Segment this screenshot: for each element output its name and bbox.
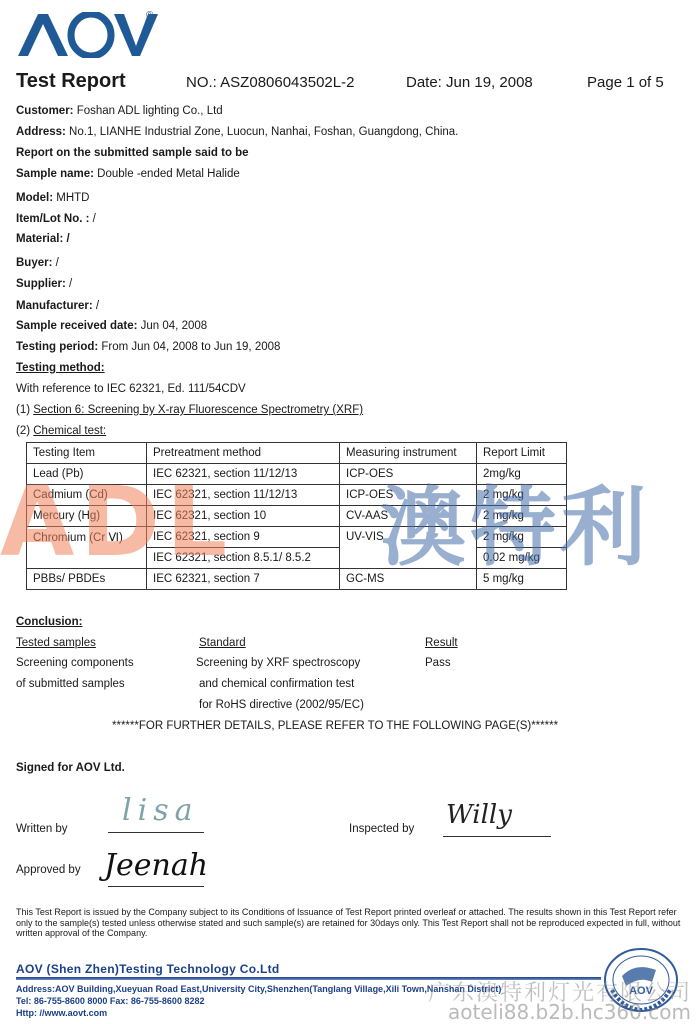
header-cell: Report Limit — [477, 443, 567, 464]
header-cell: Measuring instrument — [340, 443, 477, 464]
table-header-row: Testing Item Pretreatment method Measuri… — [27, 443, 567, 464]
cell: Mercury (Hg) — [27, 506, 147, 527]
result-value: Pass — [425, 657, 451, 669]
report-title: Test Report — [16, 70, 126, 93]
testing-method-heading: Testing method: — [16, 362, 105, 374]
table-row: Lead (Pb) IEC 62321, section 11/12/13 IC… — [27, 464, 567, 485]
sample-name-field: Sample name: Double -ended Metal Halide — [16, 168, 240, 180]
footer-website[interactable]: Http: //www.aovt.com — [16, 1008, 107, 1018]
cell: IEC 62321, section 8.5.1/ 8.5.2 — [147, 548, 340, 569]
cell: IEC 62321, section 9 — [147, 527, 340, 548]
standard-line-1: Screening by XRF spectroscopy — [196, 657, 360, 669]
disclaimer-text: This Test Report is issued by the Compan… — [16, 907, 681, 939]
registered-mark: ® — [146, 10, 153, 21]
cell: ICP-OES — [340, 464, 477, 485]
footer-tel-fax: Tel: 86-755-8600 8000 Fax: 86-755-8600 8… — [16, 996, 204, 1006]
cell: Chromium (Cr Ⅵ) — [27, 527, 147, 548]
written-by-label: Written by — [16, 823, 68, 835]
conclusion-heading: Conclusion: — [16, 616, 82, 628]
page-indicator: Page 1 of 5 — [587, 74, 664, 91]
testing-period-field: Testing period: From Jun 04, 2008 to Jun… — [16, 341, 280, 353]
approved-by-line — [108, 886, 204, 887]
cell: ICP-OES — [340, 485, 477, 506]
method-reference: With reference to IEC 62321, Ed. 111/54C… — [16, 383, 246, 395]
cell: CV-AAS — [340, 506, 477, 527]
received-date-field: Sample received date: Jun 04, 2008 — [16, 320, 207, 332]
cell: GC-MS — [340, 569, 477, 590]
item-lot-field: Item/Lot No. : / — [16, 213, 96, 225]
supplier-field: Supplier: / — [16, 278, 72, 290]
report-number: NO.: ASZ0806043502L-2 — [186, 74, 354, 91]
bottom-url-watermark: aoteli88.b2b.hc360.com — [448, 1000, 691, 1024]
cell: IEC 62321, section 10 — [147, 506, 340, 527]
standard-line-2: and chemical confirmation test — [199, 678, 354, 690]
method-item-2: (2) Chemical test: — [16, 425, 106, 437]
cell: UV-VIS — [340, 527, 477, 548]
signed-for: Signed for AOV Ltd. — [16, 762, 125, 774]
inspected-by-line — [443, 836, 551, 837]
header-cell: Testing Item — [27, 443, 147, 464]
col-result: Result — [425, 637, 458, 649]
inspected-by-label: Inspected by — [349, 823, 414, 835]
standard-line-3: for RoHS directive (2002/95/EC) — [199, 699, 364, 711]
table-row: Chromium (Cr Ⅵ) IEC 62321, section 9 UV-… — [27, 527, 567, 548]
cell: 2 mg/kg — [477, 527, 567, 548]
table-row: Cadmium (Cd) IEC 62321, section 11/12/13… — [27, 485, 567, 506]
results-table: Testing Item Pretreatment method Measuri… — [26, 442, 567, 590]
cell: IEC 62321, section 7 — [147, 569, 340, 590]
approved-by-signature: Jeenah — [104, 848, 208, 883]
manufacturer-field: Manufacturer: / — [16, 300, 99, 312]
table-row: IEC 62321, section 8.5.1/ 8.5.2 0.02 mg/… — [27, 548, 567, 569]
cell: 2 mg/kg — [477, 506, 567, 527]
model-field: Model: MHTD — [16, 192, 89, 204]
cell — [340, 548, 477, 569]
cell: 2 mg/kg — [477, 485, 567, 506]
customer-field: Customer: Foshan ADL lighting Co., Ltd — [16, 105, 223, 117]
written-by-line — [108, 832, 204, 833]
cell: Lead (Pb) — [27, 464, 147, 485]
cell: IEC 62321, section 11/12/13 — [147, 485, 340, 506]
col-standard: Standard — [199, 637, 246, 649]
cell: IEC 62321, section 11/12/13 — [147, 464, 340, 485]
tested-samples-line-2: of submitted samples — [16, 678, 125, 690]
cell: Cadmium (Cd) — [27, 485, 147, 506]
header-cell: Pretreatment method — [147, 443, 340, 464]
cell: 0.02 mg/kg — [477, 548, 567, 569]
approved-by-label: Approved by — [16, 864, 81, 876]
footer-company: AOV (Shen Zhen)Testing Technology Co.Ltd — [16, 962, 280, 976]
cell: 2mg/kg — [477, 464, 567, 485]
address-field: Address: No.1, LIANHE Industrial Zone, L… — [16, 126, 458, 138]
tested-samples-line-1: Screening components — [16, 657, 134, 669]
cell — [27, 548, 147, 569]
col-tested-samples: Tested samples — [16, 637, 96, 649]
method-item-1: (1) Section 6: Screening by X-ray Fluore… — [16, 404, 363, 416]
table-row: Mercury (Hg) IEC 62321, section 10 CV-AA… — [27, 506, 567, 527]
report-date: Date: Jun 19, 2008 — [406, 74, 533, 91]
aov-logo — [18, 12, 158, 58]
written-by-signature: lisa — [122, 793, 198, 828]
table-row: PBBs/ PBDEs IEC 62321, section 7 GC-MS 5… — [27, 569, 567, 590]
material-field: Material: / — [16, 233, 70, 245]
report-on-heading: Report on the submitted sample said to b… — [16, 147, 249, 159]
buyer-field: Buyer: / — [16, 257, 59, 269]
inspected-by-signature: Willy — [446, 800, 512, 830]
further-details-note: ******FOR FURTHER DETAILS, PLEASE REFER … — [112, 720, 558, 732]
cell: 5 mg/kg — [477, 569, 567, 590]
cell: PBBs/ PBDEs — [27, 569, 147, 590]
